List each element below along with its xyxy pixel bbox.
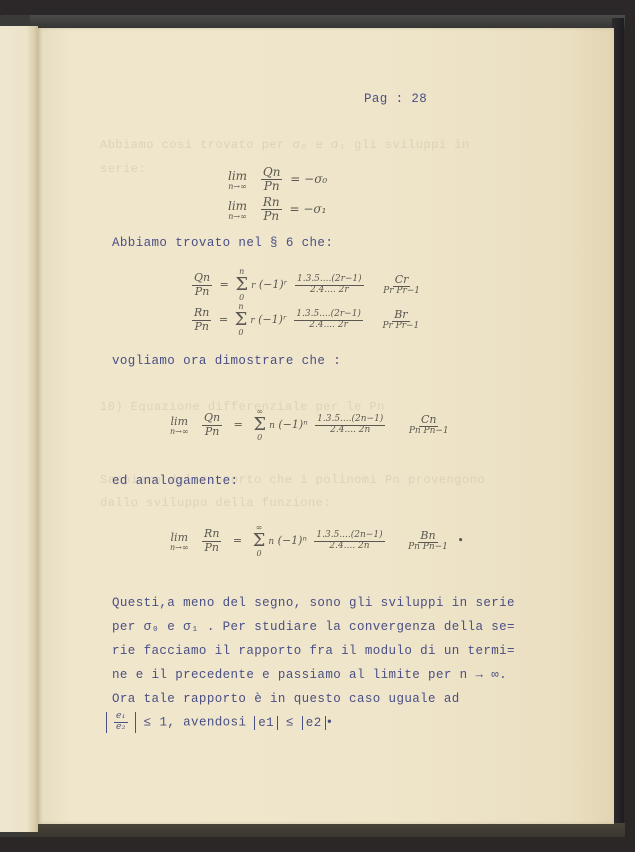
paragraph-line: rie facciamo il rapporto fra il modulo d… — [112, 644, 515, 658]
document-page: Abbiamo cosi trovato per σ₀ e σ₁ gli svi… — [38, 28, 614, 824]
paragraph-line: per σ₀ e σ₁ . Per studiare la convergenz… — [112, 620, 515, 634]
formula-q: QnPn = nΣ0r (−1)ʳ 1.3.5....(2r−1)2.4....… — [188, 268, 426, 302]
paragraph-line: ne e il precedente e passiamo al limite … — [112, 668, 507, 682]
page-number: Pag : 28 — [364, 92, 427, 106]
cover-edge-top — [30, 15, 625, 29]
limit-formula-r: limn→∞ RnPn = ∞Σ0n (−1)ⁿ 1.3.5....(2n−1)… — [170, 524, 464, 558]
text-analogamente: ed analogamente: — [112, 474, 238, 488]
formula-r: RnPn = nΣ0r (−1)ʳ 1.3.5....(2r−1)2.4....… — [188, 303, 425, 337]
text-abbiamo: Abbiamo trovato nel § 6 che: — [112, 236, 333, 250]
bleed-through-line: Abbiamo cosi trovato per σ₀ e σ₁ gli svi… — [100, 138, 470, 152]
paragraph-line: Questi,a meno del segno, sono gli svilup… — [112, 596, 515, 610]
limit-formula-q: limn→∞ QnPn = ∞Σ0n (−1)ⁿ 1.3.5....(2n−1)… — [170, 408, 455, 442]
previous-page-edge — [0, 26, 38, 832]
cover-edge-bottom — [25, 823, 625, 837]
bleed-through-line: dallo sviluppo della funzione: — [100, 496, 331, 510]
paragraph-line: Ora tale rapporto è in questo caso ugual… — [112, 692, 460, 706]
text-vogliamo: vogliamo ora dimostrare che : — [112, 354, 341, 368]
bleed-through-line: serie: — [100, 162, 146, 176]
last-line-ratio: e₁e₂ ≤ 1, avendosi e1 ≤ e2• — [106, 712, 334, 733]
handwritten-limit-r: limn→∞ RnPn = −σ₁ — [228, 196, 326, 223]
handwritten-limit-q: limn→∞ QnPn = −σ₀ — [228, 166, 327, 193]
